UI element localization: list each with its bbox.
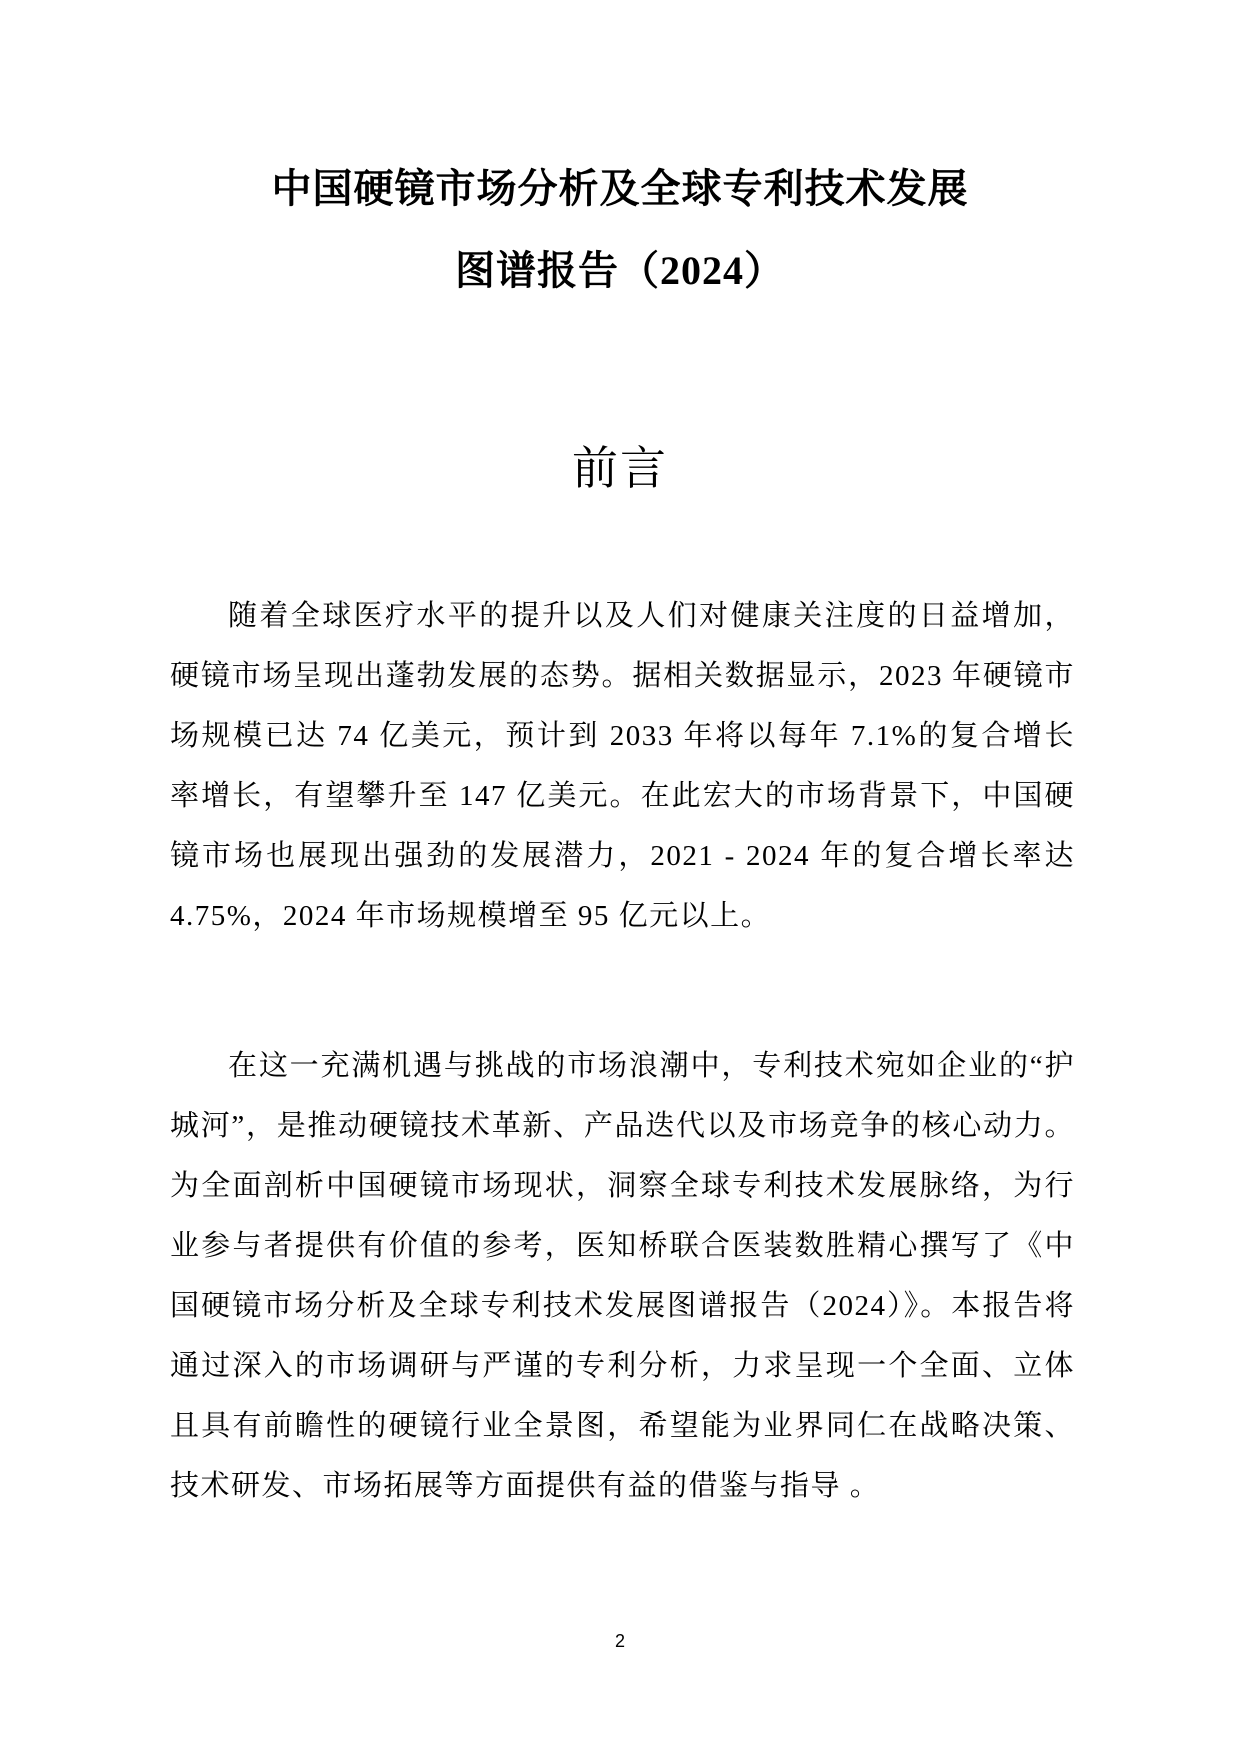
report-title-line2: 图谱报告（2024） [0,230,1240,312]
report-title-line1: 中国硬镜市场分析及全球专利技术发展 [0,148,1240,230]
report-title: 中国硬镜市场分析及全球专利技术发展 图谱报告（2024） [0,0,1240,312]
page-number: 2 [0,1631,1240,1652]
preface-body: 随着全球医疗水平的提升以及人们对健康关注度的日益增加，硬镜市场呈现出蓬勃发展的态… [170,586,1075,1516]
preface-heading: 前言 [0,432,1240,504]
document-page: 中国硬镜市场分析及全球专利技术发展 图谱报告（2024） 前言 随着全球医疗水平… [0,0,1240,1754]
paragraph-report-purpose: 在这一充满机遇与挑战的市场浪潮中，专利技术宛如企业的“护城河”，是推动硬镜技术革… [170,1036,1075,1516]
paragraph-market-overview: 随着全球医疗水平的提升以及人们对健康关注度的日益增加，硬镜市场呈现出蓬勃发展的态… [170,586,1075,946]
